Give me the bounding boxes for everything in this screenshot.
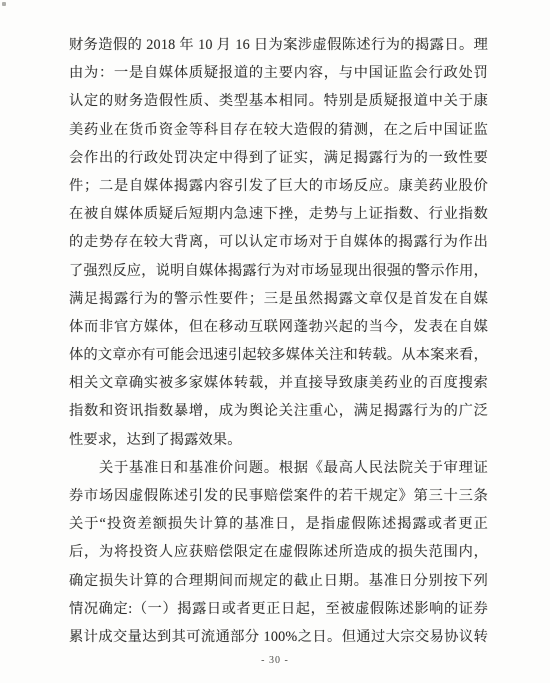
text-line: 确定损失计算的合理期间而规定的截止日期。基准日分别按下列 [69,567,488,595]
text-line: 满足揭露行为的警示性要件；三是虽然揭露文章仅是首发在自媒 [69,285,488,313]
text-line: 件；二是自媒体揭露内容引发了巨大的市场反应。康美药业股价 [69,172,488,200]
text-line: 关于“投资差额损失计算的基准日，是指虚假陈述揭露或者更正 [69,510,488,538]
scan-artifact [2,2,6,6]
page-number: - 30 - [261,655,289,666]
text-line: 了强烈反应，说明自媒体揭露行为对市场显现出很强的警示作用， [69,257,488,285]
text-line: 性要求，达到了揭露效果。 [69,426,488,454]
text-line: 关于基准日和基准价问题。根据《最高人民法院关于审理证 [69,454,488,482]
text-line: 在被自媒体质疑后短期内急速下挫，走势与上证指数、行业指数 [69,200,488,228]
text-line: 会作出的行政处罚决定中得到了证实，满足揭露行为的一致性要 [69,144,488,172]
text-line: 相关文章确实被多家媒体转载，并直接导致康美药业的百度搜索 [69,369,488,397]
text-line: 体而非官方媒体，但在移动互联网蓬勃兴起的当今，发表在自媒 [69,313,488,341]
page-footer: - 30 - [0,650,550,668]
text-line: 由为：一是自媒体质疑报道的主要内容，与中国证监会行政处罚 [69,59,488,87]
text-line: 后，为将投资人应获赔偿限定在虚假陈述所造成的损失范围内， [69,538,488,566]
text-line: 美药业在货币资金等科目存在较大造假的猜测，在之后中国证监 [69,116,488,144]
text-line: 情况确定:（一）揭露日或者更正日起，至被虚假陈述影响的证券 [69,595,488,623]
document-body: 财务造假的 2018 年 10 月 16 日为案涉虚假陈述行为的揭露日。理由为：… [69,31,488,651]
document-page: 财务造假的 2018 年 10 月 16 日为案涉虚假陈述行为的揭露日。理由为：… [0,0,550,683]
text-line: 累计成交量达到其可流通部分 100%之日。但通过大宗交易协议转 [69,623,488,651]
text-line: 券市场因虚假陈述引发的民事赔偿案件的若干规定》第三十三条 [69,482,488,510]
text-line: 指数和资讯指数暴增，成为舆论关注重心，满足揭露行为的广泛 [69,397,488,425]
text-line: 财务造假的 2018 年 10 月 16 日为案涉虚假陈述行为的揭露日。理 [69,31,488,59]
text-line: 认定的财务造假性质、类型基本相同。特别是质疑报道中关于康 [69,87,488,115]
text-line: 体的文章亦有可能会迅速引起较多媒体关注和转载。从本案来看， [69,341,488,369]
text-line: 的走势存在较大背离，可以认定市场对于自媒体的揭露行为作出 [69,228,488,256]
